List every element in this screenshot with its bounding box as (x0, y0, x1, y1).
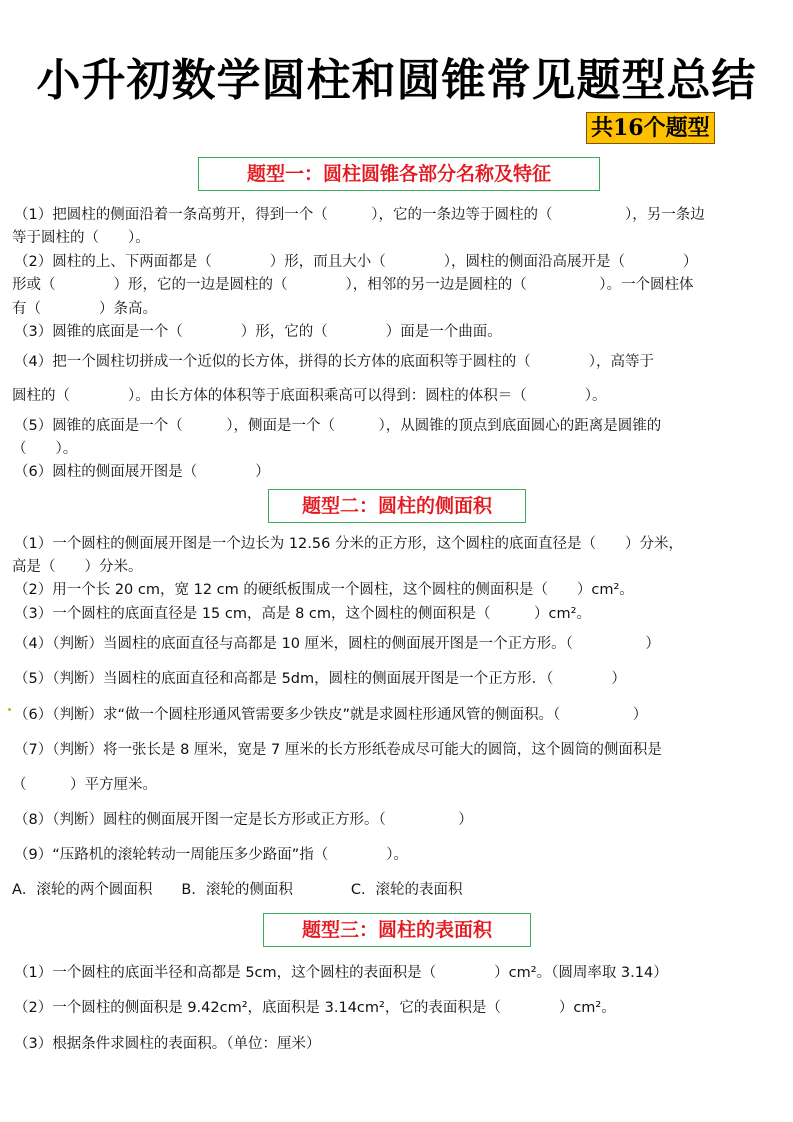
question-line: （5）圆锥的底面是一个（ ），侧面是一个（ ），从圆锥的顶点到底面圆心的距离是圆… (14, 414, 661, 435)
section-heading-1: 题型一：圆柱圆锥各部分名称及特征 (198, 157, 600, 191)
question-line: （7）（判断）将一张长是 8 厘米，宽是 7 厘米的长方形纸卷成尽可能大的圆筒，… (14, 738, 662, 759)
question-line: 有（ ）条高。 (12, 297, 157, 318)
question-line: （5）（判断）当圆柱的底面直径和高都是 5dm，圆柱的侧面展开图是一个正方形．（… (14, 667, 626, 688)
question-line: （3）圆锥的底面是一个（ ）形，它的（ ）面是一个曲面。 (14, 320, 502, 341)
question-line: （4）把一个圆柱切拼成一个近似的长方体，拼得的长方体的底面积等于圆柱的（ ），高… (14, 350, 654, 371)
section-heading-2: 题型二：圆柱的侧面积 (268, 489, 526, 523)
question-line: （2）一个圆柱的侧面积是 9.42cm²，底面积是 3.14cm²，它的表面积是… (14, 996, 616, 1017)
question-line: （ ）平方厘米。 (12, 773, 157, 794)
question-line: （3）一个圆柱的底面直径是 15 cm，高是 8 cm，这个圆柱的侧面积是（ ）… (14, 602, 591, 623)
question-type-count-badge: 共16个题型 (586, 112, 715, 144)
answer-options: A．滚轮的两个圆面积 B．滚轮的侧面积 C．滚轮的表面积 (12, 878, 463, 899)
question-line: （9）“压路机的滚轮转动一周能压多少路面”指（ ）。 (14, 843, 408, 864)
stray-mark (8, 708, 11, 711)
document-title: 小升初数学圆柱和圆锥常见题型总结 (0, 44, 793, 108)
question-line: （ ）。 (12, 437, 77, 458)
question-line: 等于圆柱的（ ）。 (12, 226, 150, 247)
section-heading-3: 题型三：圆柱的表面积 (263, 913, 531, 947)
question-line: 形或（ ）形，它的一边是圆柱的（ ），相邻的另一边是圆柱的（ ）。一个圆柱体 (12, 273, 694, 294)
question-line: （3）根据条件求圆柱的表面积。（单位：厘米） (14, 1032, 320, 1053)
question-line: 圆柱的（ ）。由长方体的体积等于底面积乘高可以得到：圆柱的体积＝（ ）。 (12, 384, 607, 405)
question-line: （1）把圆柱的侧面沿着一条高剪开，得到一个（ ），它的一条边等于圆柱的（ ），另… (14, 203, 705, 224)
question-line: （8）（判断）圆柱的侧面展开图一定是长方形或正方形。（ ） (14, 808, 473, 829)
question-line: （6）（判断）求“做一个圆柱形通风管需要多少铁皮”就是求圆柱形通风管的侧面积。（… (14, 703, 647, 724)
question-line: （6）圆柱的侧面展开图是（ ） (14, 460, 270, 481)
question-line: （1）一个圆柱的侧面展开图是一个边长为 12.56 分米的正方形，这个圆柱的底面… (14, 532, 683, 553)
question-line: （2）圆柱的上、下两面都是（ ）形，而且大小（ ），圆柱的侧面沿高展开是（ ） (14, 250, 697, 271)
question-line: 高是（ ）分米。 (12, 555, 143, 576)
question-line: （4）（判断）当圆柱的底面直径与高都是 10 厘米，圆柱的侧面展开图是一个正方形… (14, 632, 660, 653)
question-line: （1）一个圆柱的底面半径和高都是 5cm，这个圆柱的表面积是（ ）cm²。（圆周… (14, 961, 668, 982)
question-line: （2）用一个长 20 cm，宽 12 cm 的硬纸板围成一个圆柱，这个圆柱的侧面… (14, 578, 634, 599)
